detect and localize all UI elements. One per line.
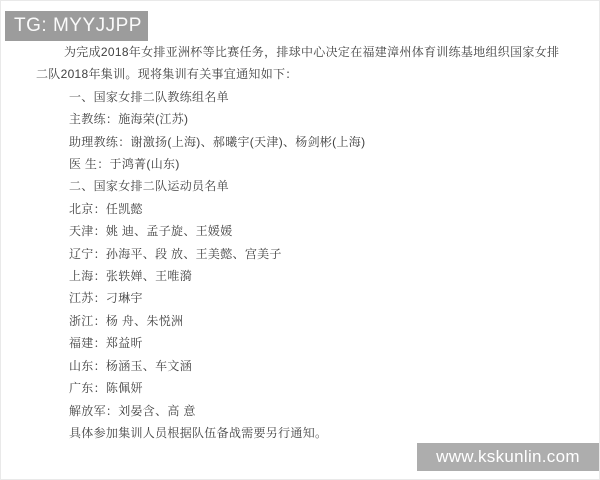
roster-line-shanghai: 上海：张轶婵、王唯漪 [36, 265, 581, 287]
roster-line-fujian: 福建：郑益昕 [36, 332, 581, 354]
closing-line: 具体参加集训人员根据队伍备战需要另行通知。 [36, 422, 581, 444]
roster-line-tianjin: 天津：姚 迪、孟子旋、王媛媛 [36, 220, 581, 242]
roster-line-liaoning: 辽宁：孙海平、段 放、王美懿、宫美子 [36, 243, 581, 265]
roster-line-beijing: 北京：任凯懿 [36, 198, 581, 220]
roster-line-pla: 解放军：刘晏含、高 意 [36, 400, 581, 422]
site-watermark-bar: www.kskunlin.com [417, 443, 599, 471]
section-coaches-title: 一、国家女排二队教练组名单 [36, 86, 581, 108]
doctor-line: 医 生：于鸿菁(山东) [36, 153, 581, 175]
assistant-coaches-line: 助理教练：谢激扬(上海)、郝曦宇(天津)、杨剑彬(上海) [36, 131, 581, 153]
intro-line-1: 为完成2018年女排亚洲杯等比赛任务，排球中心决定在福建漳州体育训练基地组织国家… [36, 41, 581, 63]
telegram-badge-text: TG: MYYJJPP [14, 15, 142, 37]
notice-document: 为完成2018年女排亚洲杯等比赛任务，排球中心决定在福建漳州体育训练基地组织国家… [36, 41, 581, 444]
section-players-title: 二、国家女排二队运动员名单 [36, 175, 581, 197]
site-watermark-text: www.kskunlin.com [436, 447, 580, 467]
roster-line-jiangsu: 江苏：刁琳宇 [36, 287, 581, 309]
article-page: { "page": { "badge": "TG: MYYJJPP", "wat… [0, 0, 600, 480]
head-coach-line: 主教练：施海荣(江苏) [36, 108, 581, 130]
roster-line-shandong: 山东：杨涵玉、车文涵 [36, 355, 581, 377]
intro-line-2: 二队2018年集训。现将集训有关事宜通知如下： [36, 63, 581, 85]
telegram-watermark-badge: TG: MYYJJPP [5, 11, 148, 41]
roster-line-guangdong: 广东：陈佩妍 [36, 377, 581, 399]
roster-line-zhejiang: 浙江：杨 舟、朱悦洲 [36, 310, 581, 332]
